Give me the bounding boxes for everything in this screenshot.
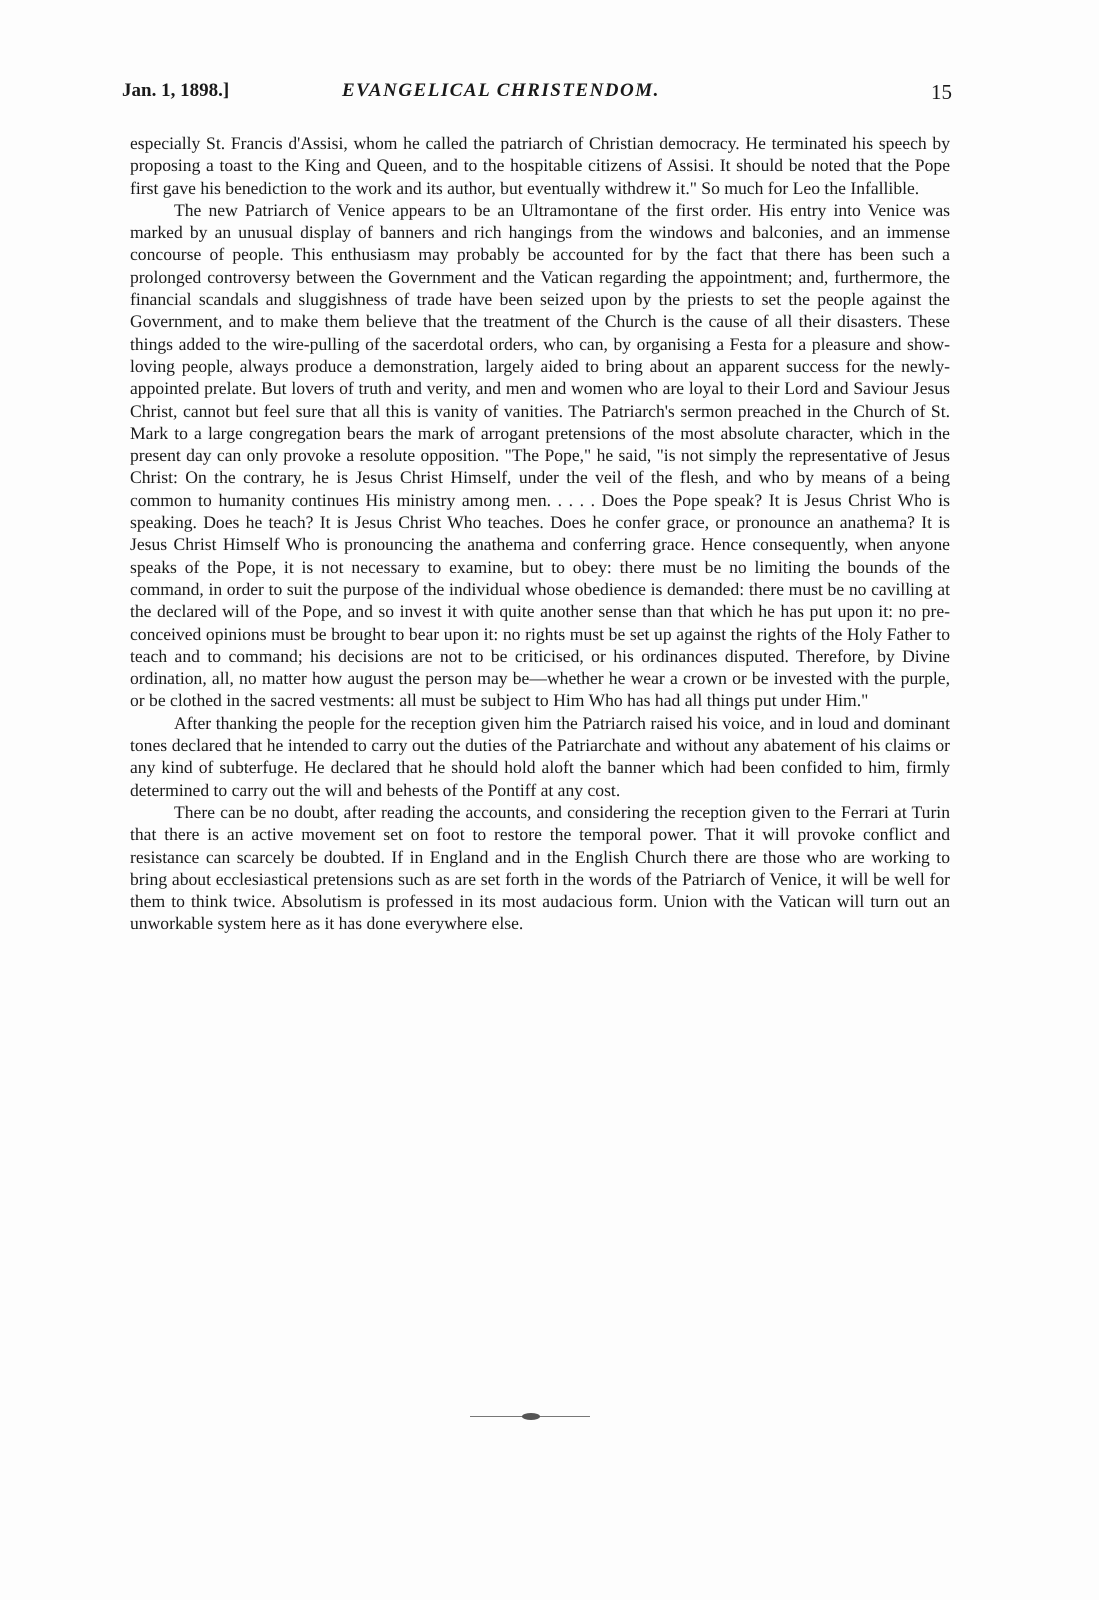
running-header: Jan. 1, 1898.] EVANGELICAL CHRISTENDOM. … bbox=[122, 80, 952, 106]
section-end-ornament-icon bbox=[470, 1412, 590, 1420]
document-page: Jan. 1, 1898.] EVANGELICAL CHRISTENDOM. … bbox=[0, 0, 1099, 1600]
paragraph-2: The new Patriarch of Venice appears to b… bbox=[130, 199, 950, 712]
publication-title: EVANGELICAL CHRISTENDOM. bbox=[342, 80, 660, 102]
paragraph-3: After thanking the people for the recept… bbox=[130, 712, 950, 801]
ornament-knot bbox=[522, 1413, 540, 1420]
issue-date: Jan. 1, 1898.] bbox=[122, 80, 229, 102]
page-number: 15 bbox=[931, 80, 952, 105]
article-body: especially St. Francis d'Assisi, whom he… bbox=[130, 132, 950, 935]
paragraph-1: especially St. Francis d'Assisi, whom he… bbox=[130, 132, 950, 199]
paragraph-4: There can be no doubt, after reading the… bbox=[130, 801, 950, 935]
